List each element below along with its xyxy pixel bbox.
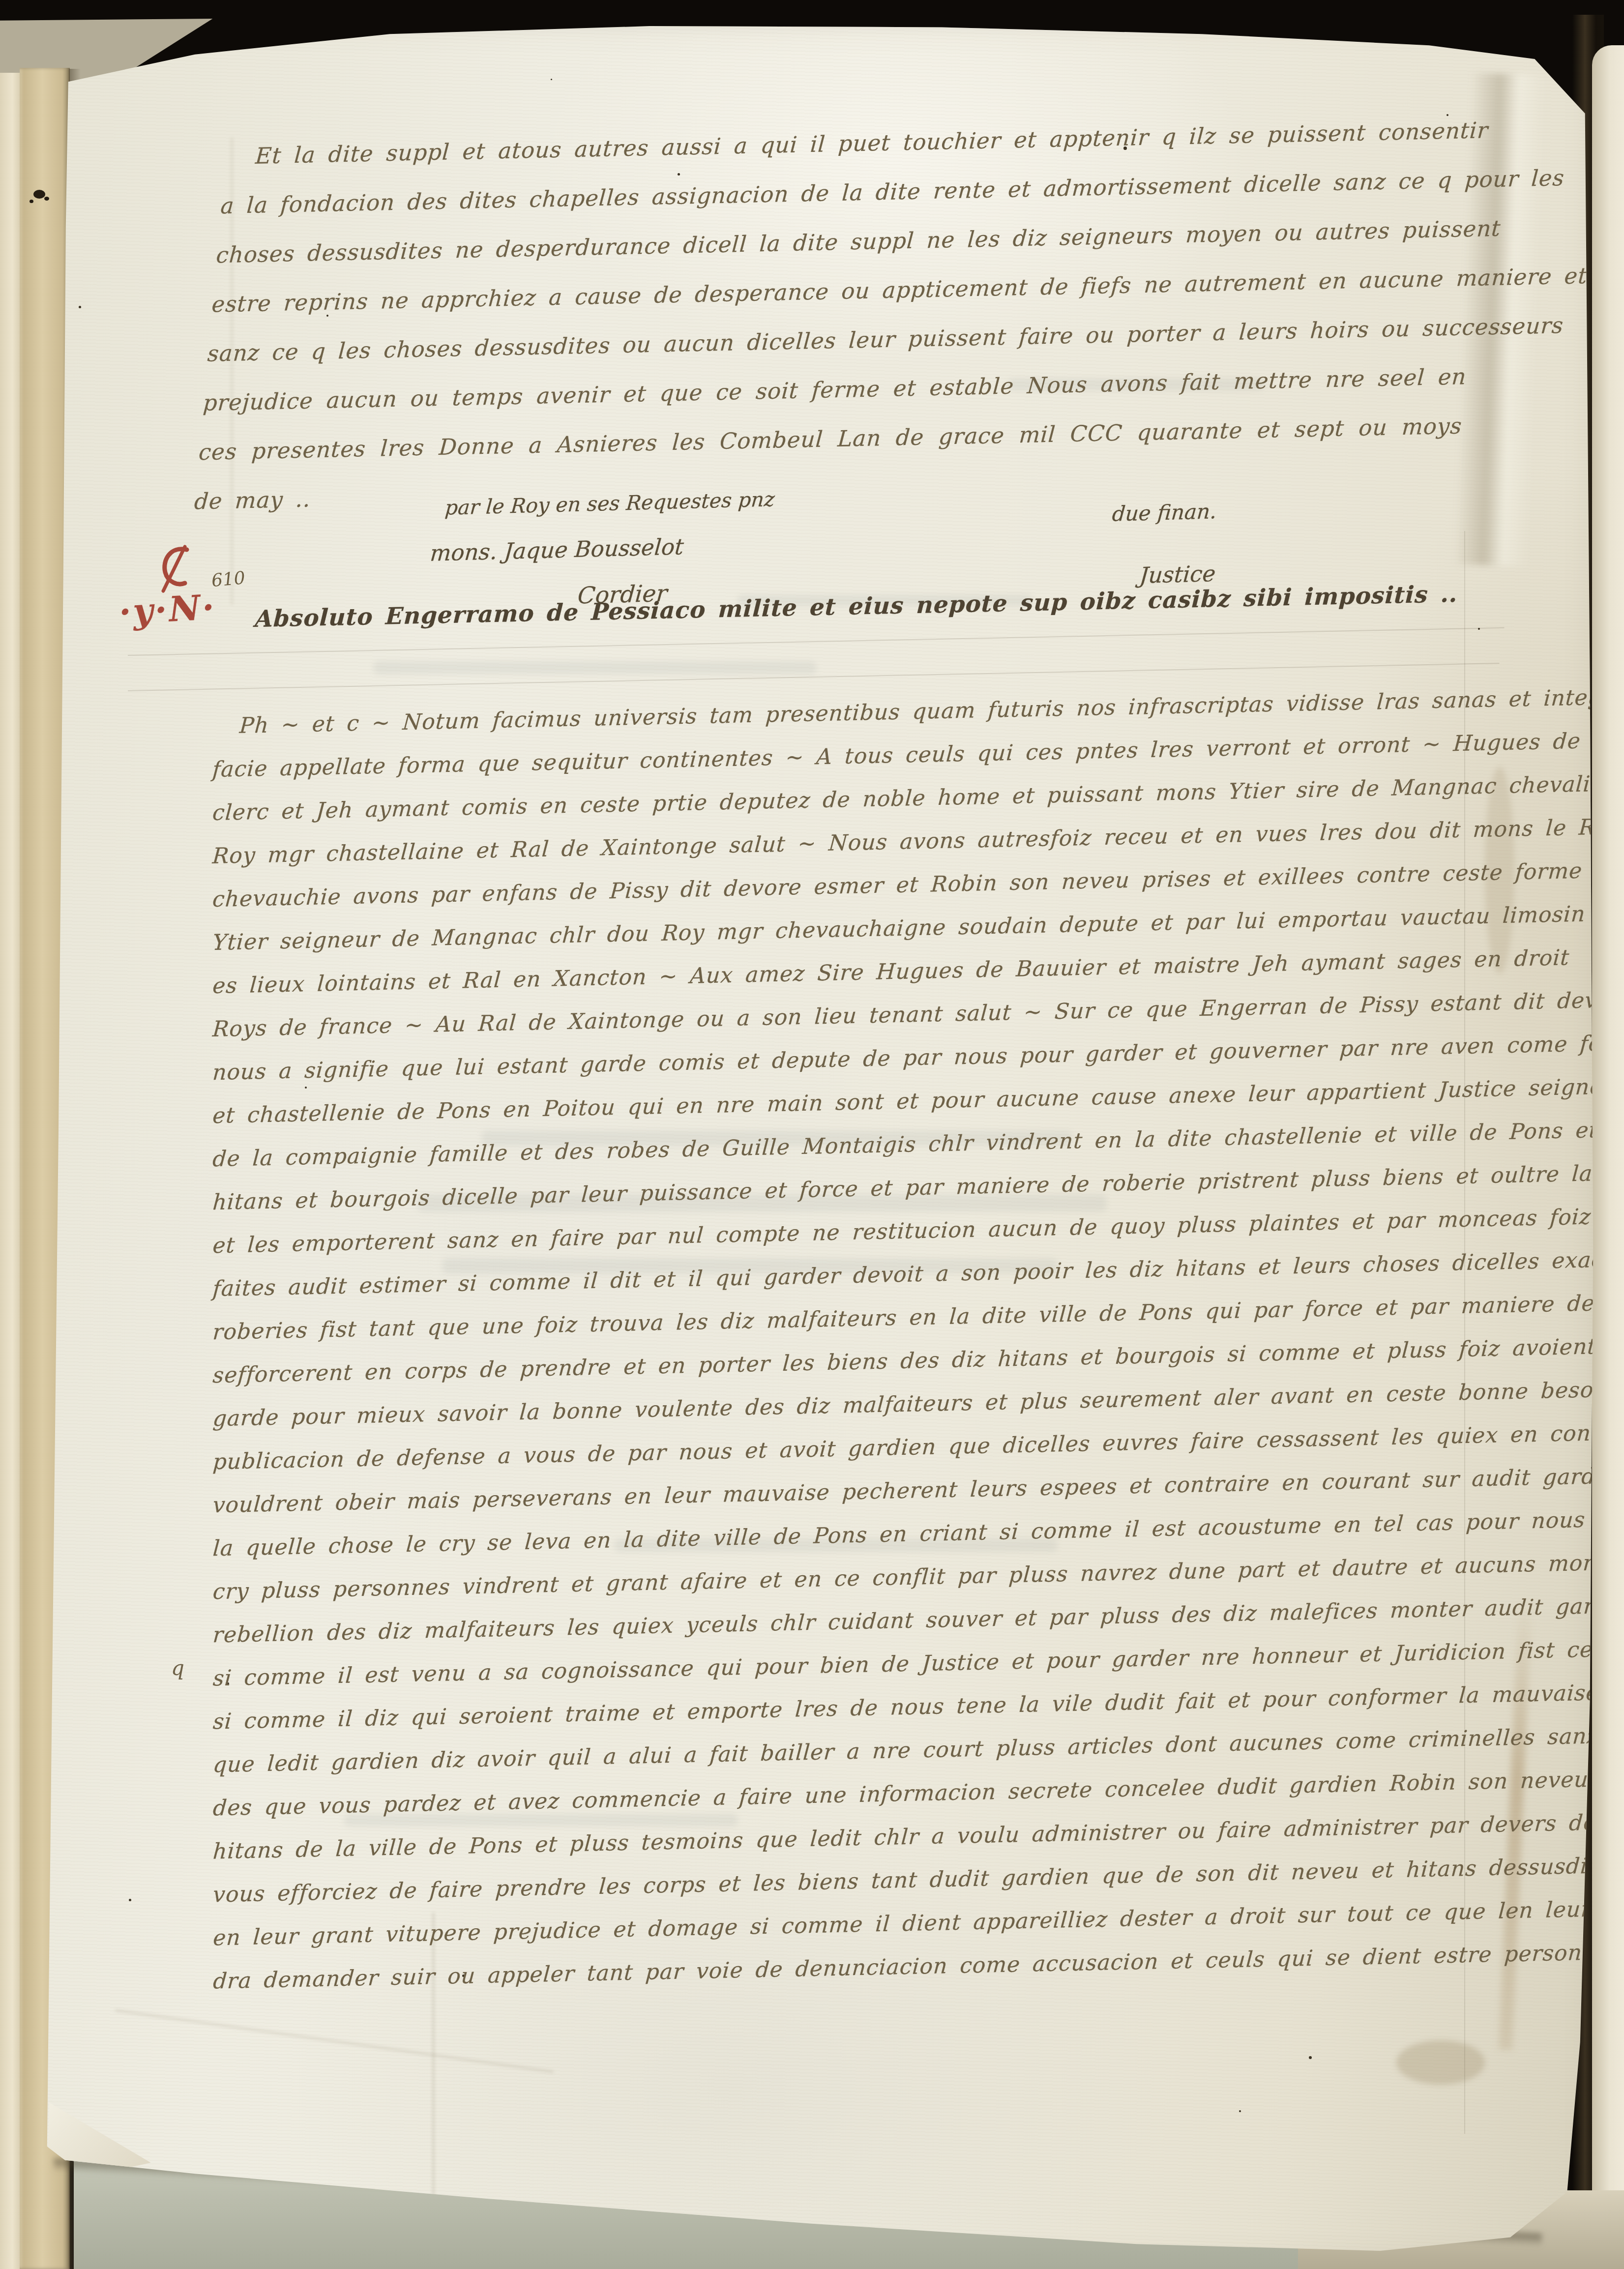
signature-justice: Justice: [1139, 560, 1217, 589]
ink-blot: [30, 200, 33, 203]
charter-text-block: Ph ~ et c ~ Notum facimus universis tam …: [211, 687, 1527, 2011]
next-page-edge: [1592, 45, 1624, 2269]
speck: [1478, 628, 1480, 630]
binding-strip-pale: [0, 73, 21, 2269]
parchment-page: Et la dite suppl et atous autres aussi a…: [0, 0, 1624, 2269]
speck: [129, 1899, 131, 1901]
verso-showthrough: [374, 661, 816, 674]
speck: [1309, 2056, 1312, 2059]
ink-blot: [33, 190, 45, 199]
margin-item-number: 610: [210, 568, 246, 591]
speck: [1239, 2110, 1241, 2112]
speck: [79, 306, 81, 308]
rubric-initials: ·y·N·: [118, 587, 217, 632]
speck: [551, 79, 552, 80]
margin-mark: q: [171, 1656, 184, 1680]
stain: [1396, 2040, 1485, 2085]
speck: [1447, 114, 1448, 116]
manuscript-photo: Et la dite suppl et atous autres aussi a…: [0, 0, 1624, 2269]
charter-conclusion-block: Et la dite suppl et atous autres aussi a…: [224, 117, 1495, 537]
chancery-note-due-finan: due finan.: [1111, 499, 1217, 526]
ink-blot: [44, 197, 49, 201]
